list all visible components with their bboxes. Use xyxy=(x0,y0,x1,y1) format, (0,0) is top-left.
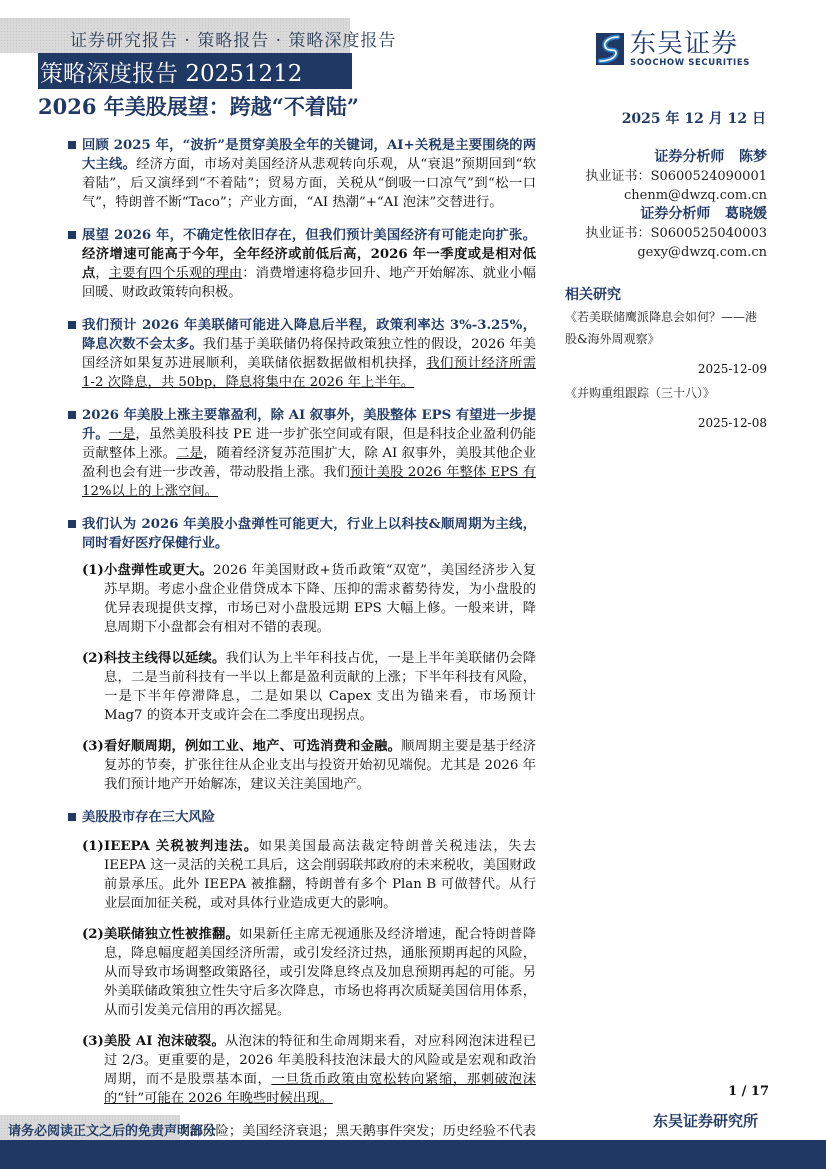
cert-number: S0600524090001 xyxy=(651,169,767,184)
square-bullet-icon xyxy=(68,411,76,419)
summary-bullet: 我们认为 2026 年美股小盘弹性可能更大，行业上以科技&顺周期为主线，同时看好… xyxy=(64,515,536,553)
square-bullet-icon xyxy=(68,813,76,821)
bullet-text: ， xyxy=(95,266,108,281)
analyst-email[interactable]: chenm@dwzq.com.cn xyxy=(565,186,767,205)
sub-point: (3) 看好顺周期，例如工业、地产、可选消费和金融。顺周期主要是基于经济复苏的节… xyxy=(64,737,536,794)
footer-org: 东吴证券研究所 xyxy=(653,1110,758,1131)
analyst-name: 陈梦 xyxy=(739,149,767,165)
square-bullet-icon xyxy=(68,141,76,149)
related-research-date: 2025-12-08 xyxy=(565,412,767,434)
report-type-label: 策略深度报告 20251212 xyxy=(38,55,302,88)
related-research-item[interactable]: 《并购重组跟踪（三十八）》 xyxy=(565,382,767,404)
sub-heading: 小盘弹性或更大。 xyxy=(104,563,213,578)
sub-point: (1) IEEPA 关税被判违法。如果美国最高法裁定特朗普关税违法，失去 IEE… xyxy=(64,837,536,913)
soochow-logo-icon xyxy=(596,33,624,65)
logo-cn-text: 东吴证券 xyxy=(630,30,750,58)
cert-number: S0600525040003 xyxy=(651,226,767,241)
sidebar: 证券分析师 陈梦 执业证书：S0600524090001 chenm@dwzq.… xyxy=(565,148,767,434)
summary-bullet: 2026 年美股上涨主要靠盈利，除 AI 叙事外，美股整体 EPS 有望进一步提… xyxy=(64,406,536,501)
sub-heading: IEEPA 关税被判违法。 xyxy=(104,839,259,854)
sub-number: (1) xyxy=(82,561,104,580)
analyst-heading: 证券分析师 葛晓媛 xyxy=(565,205,767,224)
summary-bullet: 美股股市存在三大风险 xyxy=(64,808,536,827)
sub-number: (2) xyxy=(82,649,104,668)
analyst-title: 证券分析师 xyxy=(654,149,724,165)
underlined-text: 一是 xyxy=(109,427,136,442)
sub-number: (2) xyxy=(82,925,104,944)
cert-label: 执业证书： xyxy=(586,169,651,184)
bullet-heading: 我们认为 2026 年美股小盘弹性可能更大，行业上以科技&顺周期为主线，同时看好… xyxy=(82,517,536,551)
sub-number: (3) xyxy=(82,1032,104,1051)
square-bullet-icon xyxy=(68,231,76,239)
logo-en-text: SOOCHOW SECURITIES xyxy=(630,58,750,68)
summary-bullet: 我们预计 2026 年美联储可能进入降息后半程，政策利率达 3%-3.25%，降… xyxy=(64,316,536,392)
footer-bar xyxy=(0,1140,826,1169)
bullet-text: 经济方面，市场对美国经济从悲观转向乐观，从“衰退”预期回到“软着陆”，后又演绎到… xyxy=(82,157,536,210)
summary-content: 回顾 2025 年，“波折”是贯穿美股全年的关键词，AI+关税是主要围绕的两大主… xyxy=(64,136,536,1169)
sub-heading: 看好顺周期，例如工业、地产、可选消费和金融。 xyxy=(104,739,401,754)
footer-disclaimer[interactable]: 请务必阅读正文之后的免责声明部分 xyxy=(8,1120,216,1139)
breadcrumb: 证券研究报告 · 策略报告 · 策略深度报告 xyxy=(70,26,396,51)
related-research-item[interactable]: 《若美联储鹰派降息会如何？——港股&海外周观察》 xyxy=(565,306,767,350)
sub-number: (3) xyxy=(82,737,104,756)
sub-point: (2) 美联储独立性被推翻。如果新任主席无视通胀及经济增速，配合特朗普降息，降息… xyxy=(64,925,536,1020)
page-number: 1 / 17 xyxy=(728,1084,769,1099)
bullet-heading: 美股股市存在三大风险 xyxy=(82,810,215,825)
related-research-heading: 相关研究 xyxy=(565,284,767,304)
analyst-cert: 执业证书：S0600525040003 xyxy=(565,224,767,243)
summary-bullet: 展望 2026 年，不确定性依旧存在，但我们预计美国经济有可能走向扩张。经济增速… xyxy=(64,226,536,302)
company-logo: 东吴证券 SOOCHOW SECURITIES xyxy=(596,30,750,68)
sub-heading: 美股 AI 泡沫破裂。 xyxy=(104,1034,225,1049)
analyst-cert: 执业证书：S0600524090001 xyxy=(565,167,767,186)
analyst-2: 证券分析师 葛晓媛 执业证书：S0600525040003 gexy@dwzq.… xyxy=(565,205,767,262)
sub-heading: 美联储独立性被推翻。 xyxy=(104,927,239,942)
analyst-1: 证券分析师 陈梦 执业证书：S0600524090001 chenm@dwzq.… xyxy=(565,148,767,205)
sub-point: (3) 美股 AI 泡沫破裂。从泡沫的特征和生命周期来看，对应科网泡沫进程已过 … xyxy=(64,1032,536,1108)
related-research-date: 2025-12-09 xyxy=(565,358,767,380)
sub-number: (1) xyxy=(82,837,104,856)
sub-point: (1) 小盘弹性或更大。2026 年美国财政+货币政策“双宽”，美国经济步入复苏… xyxy=(64,561,536,637)
underlined-text: 主要有四个乐观的理由 xyxy=(109,266,243,281)
page-title: 2026 年美股展望：跨越“不着陆” xyxy=(38,91,359,121)
analyst-heading: 证券分析师 陈梦 xyxy=(565,148,767,167)
summary-bullet: 回顾 2025 年，“波折”是贯穿美股全年的关键词，AI+关税是主要围绕的两大主… xyxy=(64,136,536,212)
cert-label: 执业证书： xyxy=(586,226,651,241)
square-bullet-icon xyxy=(68,321,76,329)
sub-heading: 科技主线得以延续。 xyxy=(104,651,226,666)
underlined-text: 二是 xyxy=(176,446,203,461)
analyst-email[interactable]: gexy@dwzq.com.cn xyxy=(565,243,767,262)
sub-point: (2) 科技主线得以延续。我们认为上半年科技占优，一是上半年美联储仍会降息，二是… xyxy=(64,649,536,725)
report-date: 2025 年 12 月 12 日 xyxy=(622,108,766,128)
square-bullet-icon xyxy=(68,520,76,528)
analyst-title: 证券分析师 xyxy=(640,206,710,222)
analyst-name: 葛晓媛 xyxy=(725,206,767,222)
bullet-heading: 展望 2026 年，不确定性依旧存在，但我们预计美国经济有可能走向扩张。 xyxy=(82,228,536,243)
